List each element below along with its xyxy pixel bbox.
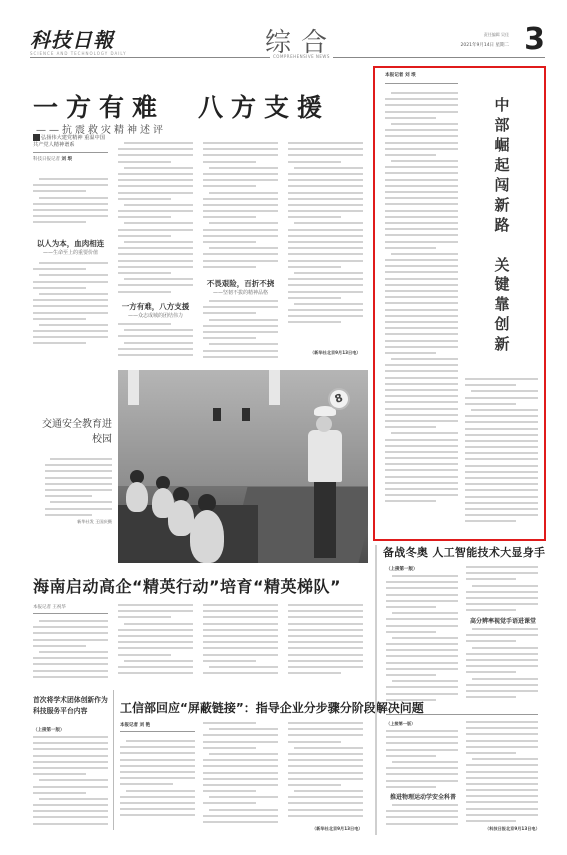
section-title-english: COMPREHENSIVE NEWS — [270, 54, 333, 59]
photo-credit: 新华社发 王国庆摄 — [60, 519, 112, 525]
olympics-subhead-2: 推进物理运动学安全科普 — [390, 792, 456, 801]
olympics-body-col3b — [386, 804, 458, 829]
feature-byline: 本报记者 刘 垠 — [385, 72, 416, 78]
lead-article-body-col3 — [203, 142, 278, 272]
lead-subhead-1-sub: ——生命至上的重要价值 — [33, 249, 108, 256]
olympics-lead: （上接第一版） — [386, 566, 418, 572]
olympics-body-col2b — [466, 628, 538, 702]
divider — [33, 152, 108, 153]
hainan-body-col3 — [203, 604, 278, 678]
divider — [120, 731, 195, 732]
divider — [386, 714, 538, 715]
page-number: 3 — [524, 22, 545, 57]
olympics-subhead-1: 高分辨率视觉手语进课堂 — [470, 616, 536, 625]
feature-body-col2 — [465, 378, 538, 527]
hainan-body-col4 — [288, 604, 363, 678]
masthead: 科技日報 SCIENCE AND TECHNOLOGY DAILY 综合 COM… — [30, 18, 545, 64]
olympics-body-col2 — [466, 566, 538, 616]
lead-subhead-2: 一方有难，八方支援 — [118, 301, 193, 312]
lead-subhead-1: 以人为本，血肉相连 — [33, 238, 108, 249]
column-divider — [113, 690, 114, 830]
miit-body-col2 — [203, 722, 278, 827]
lead-subhead-3-sub: ——坚韧不拔的精神品格 — [203, 289, 278, 296]
lead-article-body-col4 — [288, 142, 363, 328]
editor-line: 责任编辑 吴佳 — [484, 32, 509, 38]
olympics-article-title: 备战冬奥 人工智能技术大显身手 — [383, 544, 545, 560]
lead-subhead-2-sub: ——众志成城的团结伟力 — [118, 312, 193, 319]
miit-body-col1 — [120, 740, 195, 820]
issue-date: 2021年9月14日 星期二 — [461, 42, 509, 48]
police-officer-figure — [306, 410, 344, 560]
olympics-body-col4 — [466, 721, 538, 826]
column-divider — [375, 545, 377, 835]
lead-article-body-col3b — [203, 300, 278, 362]
lead-article-body-col2b — [118, 323, 193, 360]
brief-body — [33, 736, 108, 829]
miit-article-title: 工信部回应“屏蔽链接”：指导企业分步骤分阶段解决问题 — [120, 699, 424, 716]
lead-article-body-col1 — [33, 178, 108, 228]
news-photo-traffic-safety-class: 8 — [118, 370, 368, 563]
olympics-body-col3 — [386, 730, 458, 792]
miit-byline: 本报记者 刘 艳 — [120, 722, 150, 728]
photo-caption-body — [45, 458, 112, 520]
feature-article-title: 中 部 崛 起 闯 新 路 关 键 靠 创 新 — [492, 96, 512, 355]
brief-lead: （上接第一版） — [33, 727, 65, 733]
feature-body-col1 — [385, 92, 458, 507]
newspaper-page: 科技日報 SCIENCE AND TECHNOLOGY DAILY 综合 COM… — [0, 0, 567, 855]
newspaper-logo: 科技日報 — [30, 24, 114, 53]
hainan-body-col2 — [118, 604, 193, 678]
lead-subhead-3: 不畏艰险，百折不挠 — [203, 278, 278, 289]
hainan-byline: 本报记者 王祝华 — [33, 604, 66, 610]
series-blurb: 弘扬伟大建党精神 重温中国共产党人精神谱系 — [33, 134, 108, 150]
olympics-end-note: （科技日报北京9月13日电） — [485, 826, 540, 832]
lead-article-body-col1b — [33, 262, 108, 349]
hainan-article-title: 海南启动高企“精英行动”培育“精英梯队” — [33, 574, 341, 597]
brief-article-title: 首次将学术团体创新作为科技服务平台内容 — [33, 695, 113, 716]
lead-article-end-note: （新华社北京9月13日电） — [310, 350, 361, 356]
photo-caption-title: 交通安全教育进校园 — [40, 418, 112, 447]
lead-byline: 科技日报记者 刘 垠 — [33, 156, 72, 162]
series-mark-icon — [33, 134, 40, 141]
lead-article-title: 一方有难 八方支援 — [33, 88, 330, 124]
lead-article-body-col2 — [118, 142, 193, 297]
hainan-body-col1 — [33, 620, 108, 682]
olympics-continued-lead: （上接第一版） — [386, 721, 415, 727]
divider — [33, 613, 108, 614]
olympics-body-col1 — [386, 575, 458, 705]
newspaper-logo-subtitle: SCIENCE AND TECHNOLOGY DAILY — [30, 51, 127, 56]
miit-body-col3 — [288, 722, 363, 821]
divider — [385, 83, 458, 84]
miit-end-note: （新华社北京9月13日电） — [312, 826, 363, 832]
